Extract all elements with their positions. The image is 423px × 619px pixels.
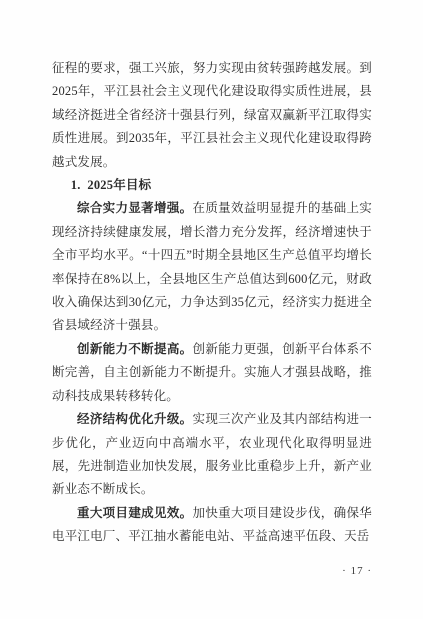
paragraph-lead: 经济结构优化升级。 [77, 412, 192, 426]
paragraph-lead: 创新能力不断提高。 [77, 342, 192, 356]
document-page: 征程的要求，强工兴旅，努力实现由贫转强跨越发展。到2025年，平江县社会主义现代… [0, 0, 423, 619]
section-heading: 1.2025年目标 [52, 174, 372, 197]
document-body: 征程的要求，强工兴旅，努力实现由贫转强跨越发展。到2025年，平江县社会主义现代… [52, 57, 372, 549]
paragraph-innovation-capability: 创新能力不断提高。创新能力更强，创新平台体系不断完善，自主创新能力不断提升。实施… [52, 338, 372, 408]
paragraph-lead: 重大项目建成见效。 [77, 506, 192, 520]
paragraph-continuation: 征程的要求，强工兴旅，努力实现由贫转强跨越发展。到2025年，平江县社会主义现代… [52, 57, 372, 174]
section-heading-number: 1. [71, 178, 81, 192]
page-number: · 17 · [342, 565, 372, 577]
paragraph-comprehensive-strength: 综合实力显著增强。在质量效益明显提升的基础上实现经济持续健康发展，增长潜力充分发… [52, 197, 372, 337]
paragraph-major-projects: 重大项目建成见效。加快重大项目建设步伐，确保华电平江电厂、平江抽水蓄能电站、平益… [52, 502, 372, 549]
paragraph-continuation-text: 征程的要求，强工兴旅，努力实现由贫转强跨越发展。到2025年，平江县社会主义现代… [52, 61, 372, 169]
paragraph-body: 在质量效益明显提升的基础上实现经济持续健康发展，增长潜力充分发挥，经济增速快于全… [52, 201, 372, 332]
paragraph-economic-structure: 经济结构优化升级。实现三次产业及其内部结构进一步优化，产业迈向中高端水平，农业现… [52, 408, 372, 502]
section-heading-title: 2025年目标 [87, 178, 151, 192]
paragraph-lead: 综合实力显著增强。 [77, 201, 192, 215]
